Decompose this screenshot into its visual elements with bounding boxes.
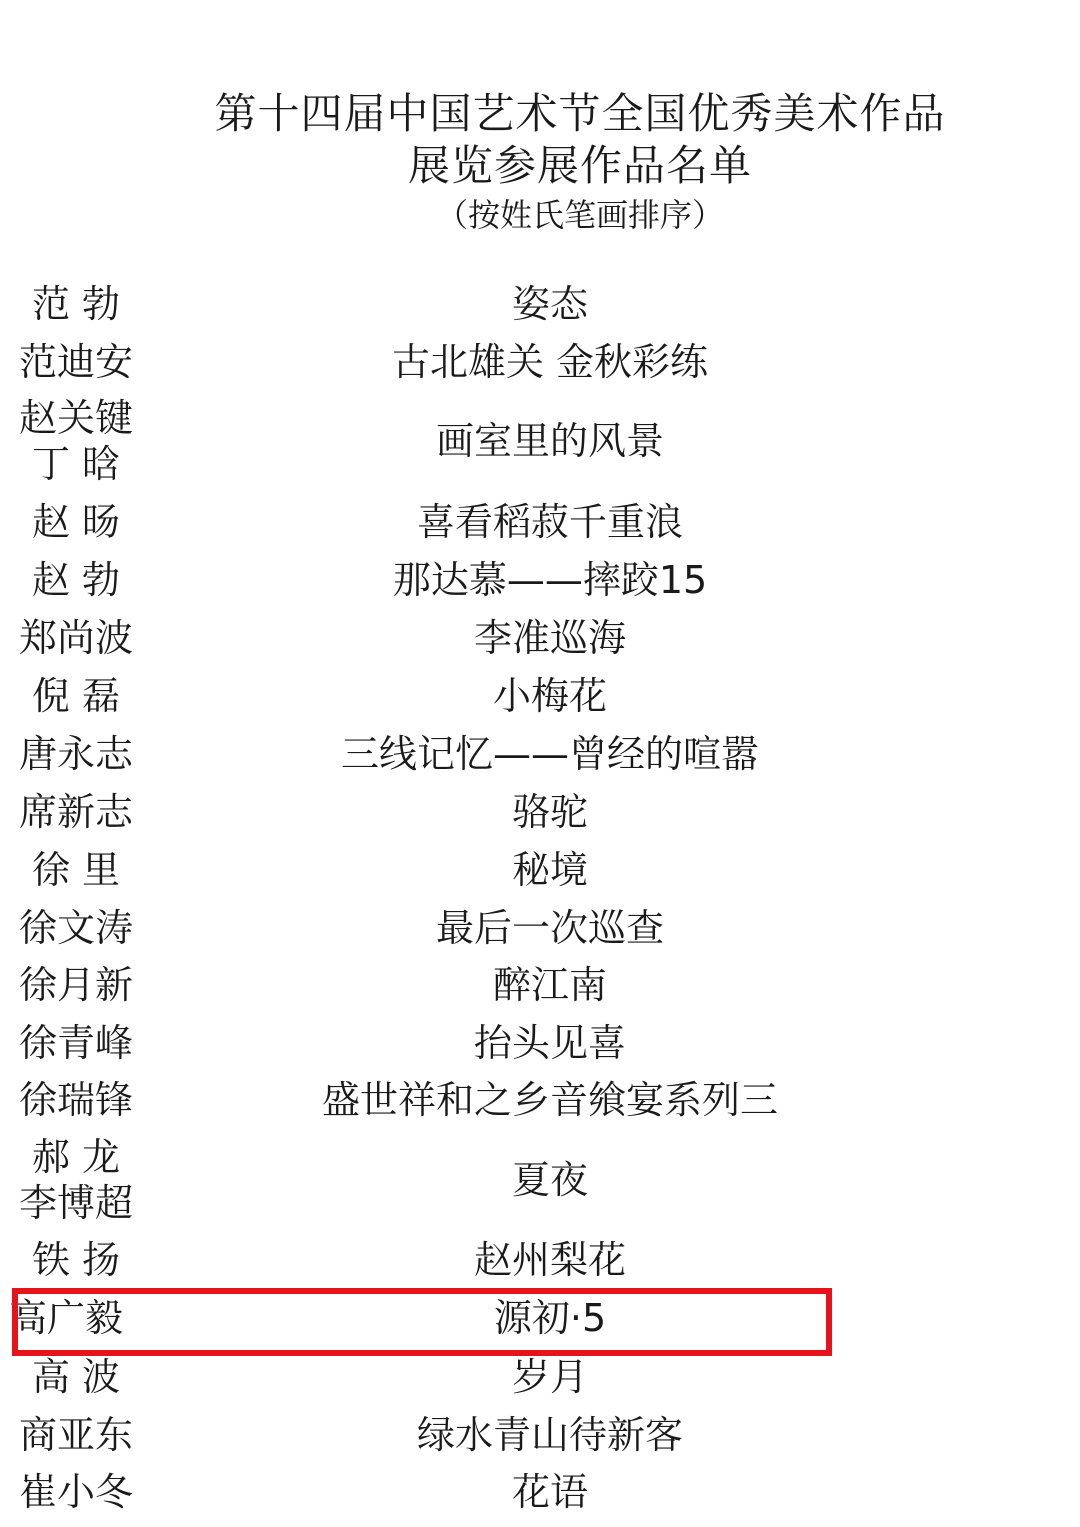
artist-name: 郑尚波 — [14, 615, 138, 661]
artist-name: 高 波 — [14, 1354, 138, 1400]
work-title: 夏夜 — [250, 1157, 850, 1203]
document-header: 第十四届中国艺术节全国优秀美术作品 展览参展作品名单 （按姓氏笔画排序） — [200, 88, 960, 236]
work-title: 三线记忆——曾经的喧嚣 — [250, 731, 850, 777]
artist-name: 徐文涛 — [14, 905, 138, 951]
artist-name: 徐青峰 — [14, 1020, 138, 1066]
work-title: 绿水青山待新客 — [250, 1412, 850, 1458]
artist-name: 李博超 — [14, 1180, 138, 1226]
artist-name: 范 勃 — [14, 281, 138, 327]
work-title: 姿态 — [250, 281, 850, 327]
title-line-1: 第十四届中国艺术节全国优秀美术作品 — [200, 88, 960, 140]
work-title: 花语 — [250, 1469, 850, 1515]
artist-name: 崔小冬 — [14, 1469, 138, 1515]
work-title: 醉江南 — [250, 962, 850, 1008]
work-title: 岁月 — [250, 1354, 850, 1400]
sort-note: （按姓氏笔画排序） — [200, 194, 960, 236]
artist-name: 赵 勃 — [14, 557, 138, 603]
work-title: 画室里的风景 — [250, 418, 850, 464]
work-title: 那达慕——摔跤15 — [250, 557, 850, 603]
work-title: 秘境 — [250, 847, 850, 893]
work-title: 喜看稻菽千重浪 — [250, 499, 850, 545]
artist-name: 丁 晗 — [14, 441, 138, 487]
work-title: 骆驼 — [250, 789, 850, 835]
work-title: 李准巡海 — [250, 615, 850, 661]
artist-name: 赵关键 — [14, 395, 138, 441]
artist-name: 徐瑞锋 — [14, 1077, 138, 1123]
artist-name: 徐月新 — [14, 962, 138, 1008]
artist-name: 赵 旸 — [14, 499, 138, 545]
work-title: 最后一次巡查 — [250, 905, 850, 951]
artist-name: 铁 扬 — [14, 1237, 138, 1283]
artist-name: 席新志 — [14, 789, 138, 835]
work-title: 盛世祥和之乡音飨宴系列三 — [250, 1077, 850, 1123]
work-title: 小梅花 — [250, 673, 850, 719]
artist-name: 范迪安 — [14, 339, 138, 385]
work-title: 古北雄关 金秋彩练 — [250, 339, 850, 385]
artist-name: 倪 磊 — [14, 673, 138, 719]
artist-name: 徐 里 — [14, 847, 138, 893]
work-title: 源初·5 — [250, 1295, 850, 1341]
artist-name: 郝 龙 — [14, 1134, 138, 1180]
artist-name: 唐永志 — [14, 731, 138, 777]
artist-name: 商亚东 — [14, 1412, 138, 1458]
artist-name: 高广毅 — [4, 1295, 128, 1341]
work-title: 赵州梨花 — [250, 1237, 850, 1283]
work-title: 抬头见喜 — [250, 1020, 850, 1066]
title-line-2: 展览参展作品名单 — [200, 140, 960, 192]
